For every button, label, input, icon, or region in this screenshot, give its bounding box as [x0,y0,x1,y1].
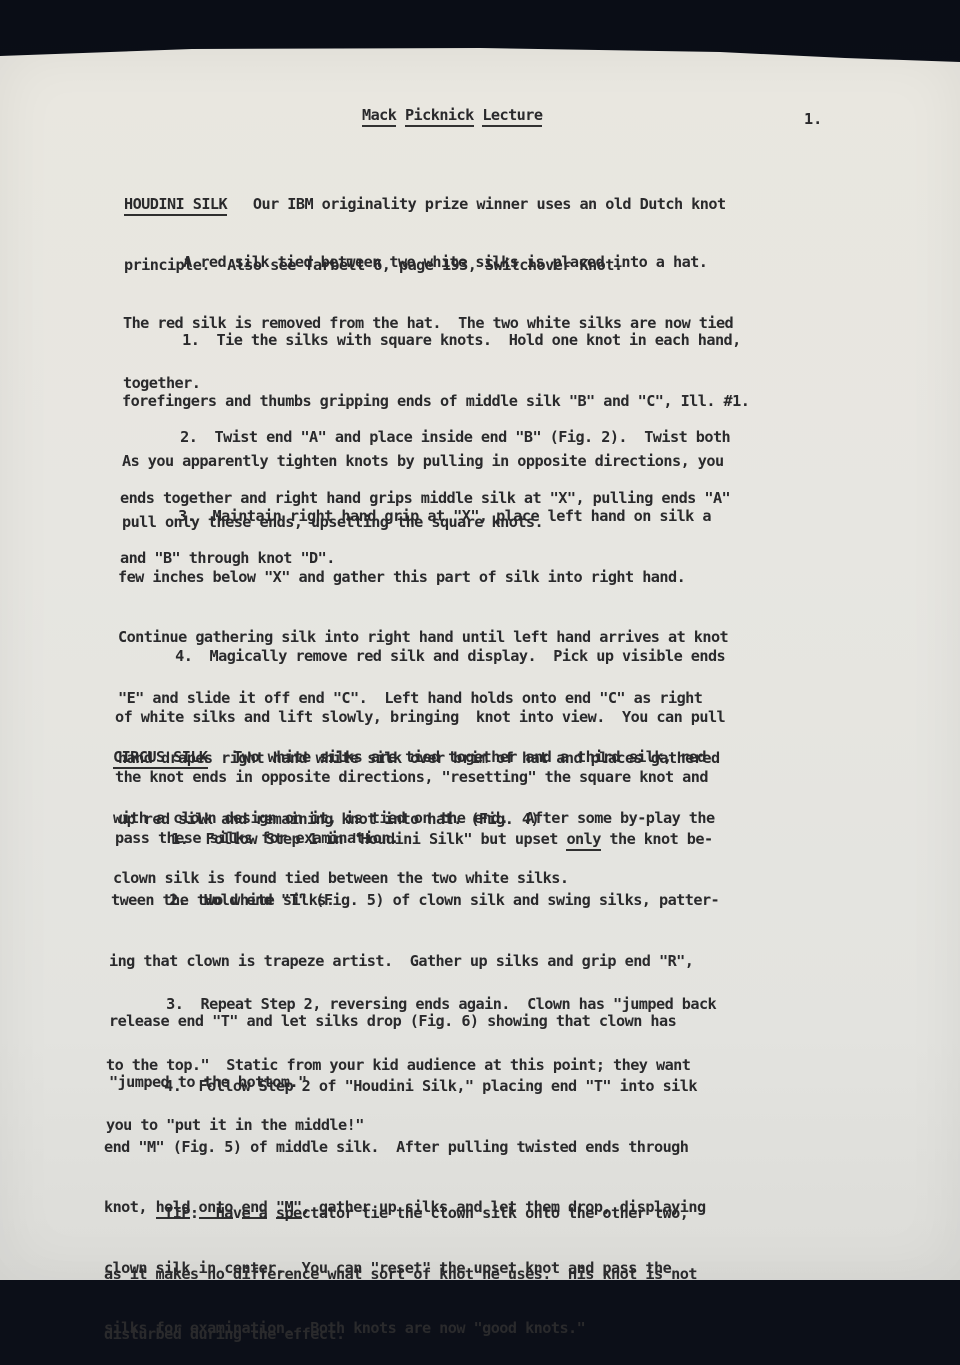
circus-tip: TIP: Have a spectator tie the clown silk… [104,1163,697,1280]
page-title: Mack Picknick Lecture [362,106,542,124]
title-word: Mack [362,106,396,127]
emphasis-only: only [566,830,600,851]
section-heading-circus: CIRCUS SILK [113,748,208,769]
page-number: 1. [804,110,822,128]
title-word: Picknick [405,106,474,127]
title-word: Lecture [482,106,542,127]
